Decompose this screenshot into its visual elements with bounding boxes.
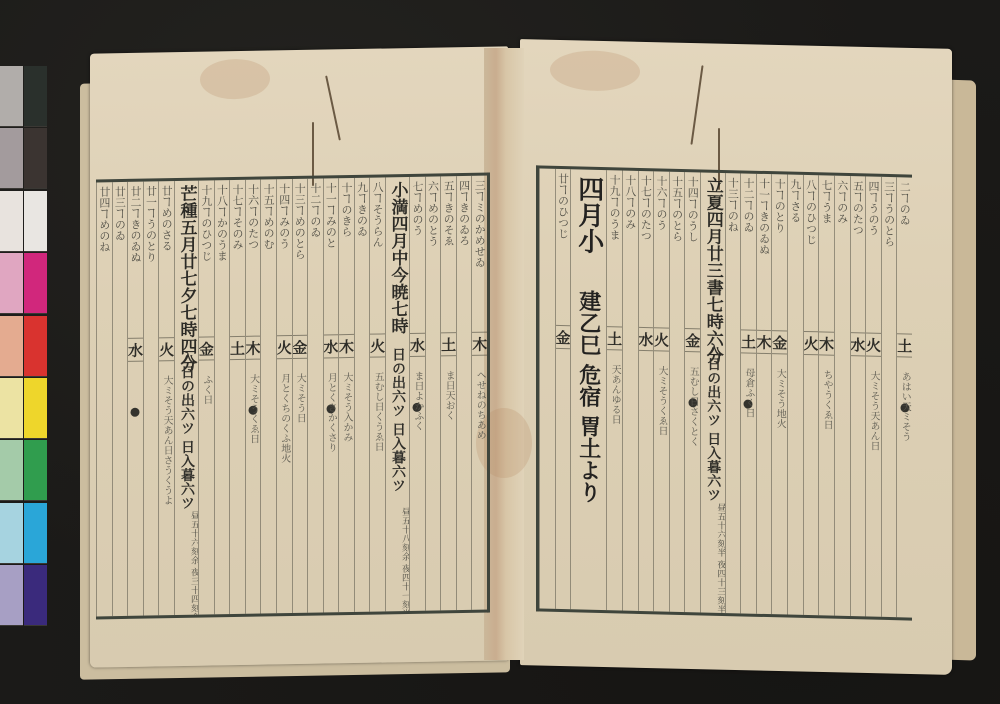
sunrise-sunset-note: 入日の出六ツ 日入暮六ツ: [706, 343, 719, 502]
water-stain: [200, 59, 270, 100]
day-entry: 十一ヿきのゐぬ: [758, 178, 771, 255]
calendar-column: 小満四月中今暁七時日の出六ツ 日入暮六ツ昼五十八刻余 夜四十一刻半余: [385, 177, 409, 611]
day-entry: 十八ヿかのうま: [215, 184, 228, 261]
calendar-column: 三ヿうのとら: [881, 177, 897, 617]
day-annotation: 母倉ふく日: [742, 367, 755, 417]
day-entry: 十九ヿのうま: [608, 174, 621, 240]
day-annotation: 月とくちのくふ地火: [278, 373, 291, 463]
calendar-column: 十五ヿのとら: [669, 172, 685, 612]
day-entry: 十二ヿのゐ: [309, 182, 322, 237]
calibration-patch: [0, 565, 23, 626]
day-element-glyph: 木: [757, 330, 772, 354]
day-annotation: 大ミそうくゑ日: [655, 365, 668, 435]
day-entry: 十一ヿみのと: [324, 182, 337, 248]
day-element-glyph: 水: [324, 334, 339, 358]
calibration-patch: [24, 565, 47, 626]
calendar-column: 十三ヿめのとら金大ミそう日: [292, 179, 308, 613]
day-element-glyph: 木: [339, 334, 354, 358]
day-entry: 廿一ヿうのとり: [145, 185, 158, 262]
day-element-glyph: 水: [639, 327, 654, 351]
calendar-column: 十九ヿのうま土天あんゆる日: [606, 170, 622, 610]
day-entry: 六ヿめのとう: [427, 180, 440, 246]
calendar-column: 十八ヿかのうま: [214, 180, 230, 614]
day-element-glyph: 水: [410, 333, 425, 357]
color-calibration-strip: [0, 66, 48, 628]
calibration-patch: [24, 316, 47, 377]
day-entry: 廿ヿのひつじ: [556, 173, 569, 239]
day-entry: 十六ヿのう: [655, 175, 668, 230]
calendar-column: 十一ヿきのゐぬ木: [756, 174, 772, 614]
day-element-glyph: 金: [685, 328, 700, 352]
solar-term-heading: 立夏四月廿三書七時六分: [704, 177, 722, 364]
calendar-column: 十七ヿそのみ土: [229, 180, 245, 614]
calibration-patch: [24, 440, 47, 501]
calendar-column: 芒種五月廿七夕七時四分入日の出六ツ 日入暮六ツ昼五十六刻余 夜三十四刻余: [174, 181, 198, 615]
left-calendar-table: 三ヿミのかめせゐ木へせねのちあめ四ヿきのゐろ五ヿきのそゑ土ま日天おく六ヿめのとう…: [96, 173, 490, 620]
month-heading: 四月小: [574, 175, 604, 254]
day-annotation: 五むし日さくとく: [686, 366, 699, 446]
calibration-patch: [24, 378, 47, 439]
day-entry: 三ヿうのとら: [883, 181, 896, 247]
day-night-length-note: 昼五十八刻余 夜四十一刻半余: [398, 507, 409, 611]
calibration-column-tints: [0, 66, 23, 628]
calendar-column: 廿ヿのひつじ金: [555, 169, 571, 609]
calibration-patch: [24, 191, 47, 252]
day-element-glyph: 火: [277, 335, 292, 359]
day-entry: 十七ヿそのみ: [231, 184, 244, 250]
calendar-column: 立夏四月廿三書七時六分入日の出六ツ 日入暮六ツ昼五十六刻半 夜四十三刻半: [700, 172, 724, 613]
day-element-glyph: 土: [230, 336, 245, 360]
calendar-column: 八ヿのひつじ火: [803, 175, 819, 615]
day-annotation: 大ミそう日: [293, 373, 306, 423]
day-entry: 四ヿきのゐろ: [458, 180, 471, 246]
day-element-glyph: 火: [159, 337, 174, 361]
calendar-column: 八ヿそうらん火五むし日くうゑ日: [369, 177, 385, 611]
day-element-glyph: 火: [654, 327, 669, 351]
day-annotation: 大ミそう天あん日さうくうよ: [160, 375, 173, 505]
calendar-column: 十七ヿのたつ水: [638, 171, 654, 611]
calendar-column: 四ヿうのう火大ミそう天あん日: [865, 176, 881, 616]
calibration-patch: [0, 440, 23, 501]
day-annotation: 月とくさかくさり: [324, 372, 337, 452]
day-element-glyph: 土: [607, 326, 622, 350]
day-element-glyph: 金: [293, 335, 308, 359]
calendar-column: 九ヿきのゐ: [354, 178, 370, 612]
calendar-column: 廿一ヿうのとり: [143, 181, 159, 615]
day-annotation: ふく日: [200, 374, 213, 404]
day-entry: 八ヿそうらん: [371, 181, 384, 247]
calendar-column: 十二ヿのゐ土母倉ふく日: [740, 173, 756, 613]
day-entry: 十七ヿのたつ: [639, 175, 652, 241]
day-element-glyph: 火: [804, 331, 819, 355]
day-entry: 十ヿのとり: [773, 178, 786, 233]
month-subheading: 建乙巳 危宿 胃土より: [574, 289, 604, 503]
day-entry: 八ヿのひつじ: [804, 179, 817, 245]
day-entry: 廿二ヿきのゐぬ: [129, 186, 142, 263]
calibration-patch: [0, 253, 23, 314]
day-annotation: ま日よかふく: [411, 371, 424, 431]
day-element-glyph: 水: [851, 332, 866, 356]
calendar-column: 六ヿめのとう: [425, 176, 441, 610]
left-calendar-columns: 三ヿミのかめせゐ木へせねのちあめ四ヿきのゐろ五ヿきのそゑ土ま日天おく六ヿめのとう…: [96, 176, 487, 617]
solar-term-heading: 小満四月中今暁七時: [389, 181, 407, 334]
day-night-length-note: 昼五十六刻余 夜三十四刻余: [187, 511, 198, 615]
day-entry: 十四ヿみのう: [278, 183, 291, 249]
sunrise-sunset-note: 日の出六ツ 日入暮六ツ: [391, 347, 404, 492]
day-entry: 十九ヿのひつじ: [200, 184, 213, 261]
calendar-column: 七ヿうま木ちやうくゑ日: [818, 175, 834, 615]
calendar-column: [539, 168, 555, 608]
calendar-column: 四月小建乙巳 危宿 胃土より: [570, 169, 606, 610]
day-entry: 廿ヿめのさる: [160, 185, 173, 251]
calendar-column: 十ヿのとり金大ミそう地火: [771, 174, 787, 614]
calendar-column: 十四ヿのうし金五むし日さくとく: [684, 172, 700, 612]
day-entry: 六ヿのみ: [836, 180, 849, 224]
calendar-column: 廿三ヿのゐ: [112, 182, 128, 616]
day-entry: 二ヿのゐ: [898, 181, 911, 225]
calendar-column: 十五ヿめのむ: [260, 179, 276, 613]
water-stain: [550, 50, 640, 92]
day-entry: 廿四ヿめのね: [98, 186, 111, 252]
day-annotation: 大ミそう天あん日: [867, 370, 880, 450]
day-annotation: 天あんゆる日: [608, 364, 621, 424]
day-element-glyph: 木: [246, 336, 261, 360]
day-entry: 三ヿミのかめせゐ: [473, 180, 486, 268]
calibration-column-saturated: [24, 66, 47, 628]
day-annotation: 大ミそう地火: [773, 368, 786, 428]
day-entry: 七ヿうま: [820, 179, 833, 223]
day-element-glyph: 木: [819, 331, 834, 355]
day-element-glyph: 木: [472, 332, 487, 356]
calendar-column: 二ヿのゐ土あはい天ミそう: [896, 177, 912, 617]
day-annotation: あはい天ミそう: [898, 371, 911, 441]
calendar-column: 廿ヿめのさる火大ミそう天あん日さうくうよ: [158, 181, 174, 615]
calibration-patch: [0, 128, 23, 189]
calibration-patch: [24, 503, 47, 564]
calendar-column: 十九ヿのひつじ金ふく日: [198, 180, 214, 614]
day-element-glyph: 土: [741, 329, 756, 353]
day-entry: 十三ヿめのとら: [293, 183, 306, 260]
calibration-patch: [0, 378, 23, 439]
day-entry: 五ヿきのそゑ: [442, 180, 455, 246]
day-element-glyph: 金: [199, 336, 214, 360]
right-calendar-columns: 二ヿのゐ土あはい天ミそう三ヿうのとら四ヿうのう火大ミそう天あん日五ヿのたつ水六ヿ…: [539, 168, 912, 617]
day-element-glyph: 金: [772, 330, 787, 354]
calendar-column: 四ヿきのゐろ: [456, 176, 472, 610]
day-annotation: ま日天おく: [442, 370, 455, 420]
calendar-column: 七ヿめのう水ま日よかふく: [409, 177, 425, 611]
calibration-patch: [24, 253, 47, 314]
calibration-patch: [0, 66, 23, 127]
calendar-column: 九ヿさる: [787, 175, 803, 615]
calibration-patch: [24, 66, 47, 127]
day-entry: 十ヿのきら: [340, 182, 353, 237]
day-entry: 十五ヿめのむ: [262, 183, 275, 249]
day-element-glyph: 水: [128, 338, 143, 362]
calibration-patch: [0, 503, 23, 564]
calendar-column: 十六ヿのう火大ミそうくゑ日: [653, 171, 669, 611]
calendar-column: 三ヿミのかめせゐ木へせねのちあめ: [471, 176, 487, 610]
calibration-patch: [24, 128, 47, 189]
day-entry: 十三ヿのね: [726, 177, 739, 232]
day-night-length-note: 昼五十六刻半 夜四十三刻半: [713, 503, 724, 613]
calendar-column: 廿二ヿきのゐぬ水: [127, 182, 143, 616]
calendar-column: 五ヿのたつ水: [850, 176, 866, 616]
calendar-column: 廿四ヿめのね: [96, 182, 112, 616]
day-element-glyph: 土: [897, 333, 912, 357]
day-element-glyph: 土: [441, 332, 456, 356]
day-entry: 七ヿめのう: [411, 181, 424, 236]
calendar-column: 十二ヿのゐ: [307, 178, 323, 612]
day-entry: 十五ヿのとら: [671, 176, 684, 242]
calibration-patch: [0, 191, 23, 252]
day-annotation: へせねのちあめ: [473, 370, 486, 440]
calendar-column: 十八ヿのみ: [622, 171, 638, 611]
calendar-column: 五ヿきのそゑ土ま日天おく: [440, 176, 456, 610]
day-annotation: 五むし日くうゑ日: [371, 371, 384, 451]
day-entry: 十八ヿのみ: [624, 175, 637, 230]
solar-term-heading: 芒種五月廿七夕七時四分: [177, 185, 195, 372]
marker-dot: [131, 408, 140, 417]
day-entry: 十四ヿのうし: [686, 176, 699, 242]
calibration-patch: [0, 316, 23, 377]
day-entry: 九ヿきのゐ: [356, 182, 369, 237]
book-gutter: [484, 48, 524, 660]
day-element-glyph: 金: [556, 325, 571, 349]
day-annotation: 大ミそうくゑ日: [247, 374, 260, 444]
day-entry: 四ヿうのう: [867, 180, 880, 235]
calendar-column: 十一ヿみのと水月とくさかくさり: [323, 178, 339, 612]
day-entry: 十六ヿのたつ: [247, 184, 260, 250]
day-entry: 十二ヿのゐ: [742, 177, 755, 232]
day-entry: 九ヿさる: [789, 179, 802, 223]
right-calendar-table: 二ヿのゐ土あはい天ミそう三ヿうのとら四ヿうのう火大ミそう天あん日五ヿのたつ水六ヿ…: [536, 165, 912, 620]
calendar-column: 六ヿのみ: [834, 176, 850, 616]
day-entry: 廿三ヿのゐ: [113, 186, 126, 241]
calendar-column: 十四ヿみのう火月とくちのくふ地火: [276, 179, 292, 613]
day-entry: 五ヿのたつ: [851, 180, 864, 235]
day-annotation: 大ミそう入かみ: [340, 372, 353, 442]
day-annotation: ちやうくゑ日: [820, 369, 833, 429]
day-element-glyph: 火: [866, 332, 881, 356]
sunrise-sunset-note: 入日の出六ツ 日入暮六ツ: [180, 351, 193, 510]
calendar-column: 十ヿのきら木大ミそう入かみ: [338, 178, 354, 612]
calendar-column: 十六ヿのたつ木大ミそうくゑ日: [245, 180, 261, 614]
day-element-glyph: 火: [370, 333, 385, 357]
calendar-column: 十三ヿのね: [725, 173, 741, 613]
